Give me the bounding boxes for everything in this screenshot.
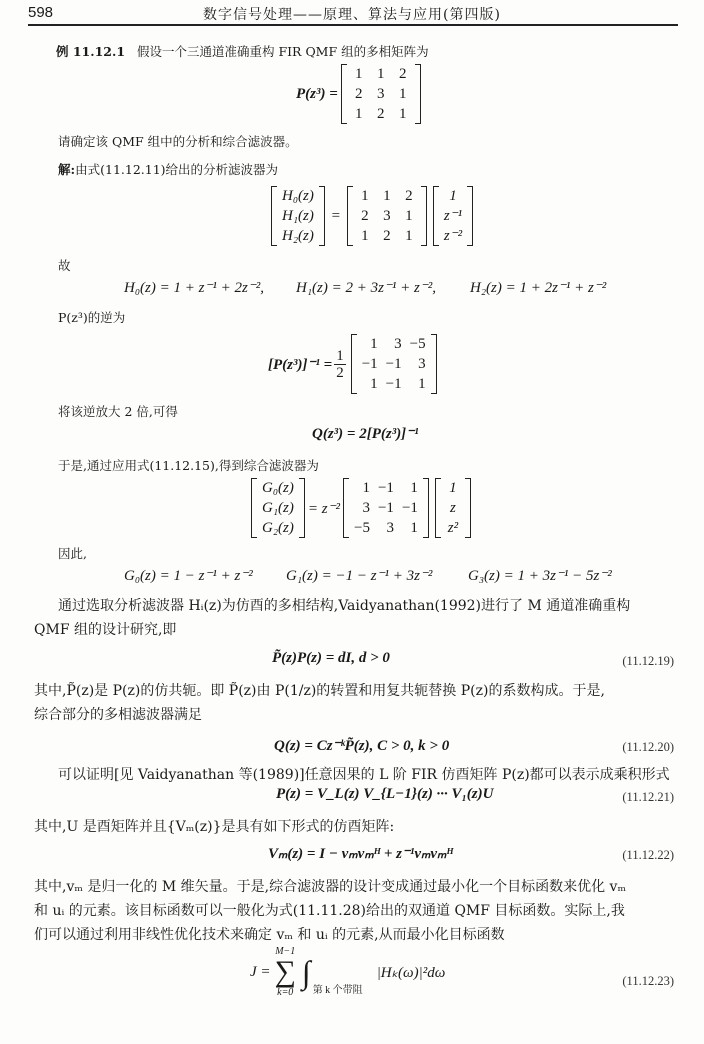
equation-number-20: (11.12.20) bbox=[622, 740, 674, 755]
paragraph-5-line-3: 们可以通过利用非线性优化技术来确定 vₘ 和 uᵢ 的元素,从而最小化目标函数 bbox=[34, 924, 505, 944]
solution-intro: 解:由式(11.12.11)给出的分析滤波器为 bbox=[58, 160, 278, 178]
matrix-inverse: 13−5 −1−13 1−11 bbox=[351, 334, 437, 394]
hence-label: 因此, bbox=[58, 544, 87, 562]
equation-G3: G₃(z) = 1 + 3z⁻¹ − 5z⁻² bbox=[468, 566, 612, 585]
equation-synthesis-filters: G₀(z) G₁(z) G₂(z) = z⁻² 1−11 3−1−1 −531 … bbox=[248, 478, 474, 538]
equation-number-21: (11.12.21) bbox=[622, 790, 674, 805]
paragraph-2-line-1: 其中,P̃(z)是 P(z)的仿共轭。即 P̃(z)由 P(1/z)的转置和用复… bbox=[34, 680, 605, 700]
summation-symbol: M−1 ∑ k=0 bbox=[275, 946, 296, 998]
matrix-H: 112 231 121 bbox=[347, 186, 427, 246]
integral-symbol: ∫ bbox=[302, 956, 311, 988]
equation-analysis-filters: H₀(z) H₁(z) H₂(z) = 112 231 121 1 z⁻¹ z⁻… bbox=[268, 186, 476, 246]
matrix-G: 1−11 3−1−1 −531 bbox=[343, 478, 429, 538]
synthesis-intro: 于是,通过应用式(11.12.15),得到综合滤波器为 bbox=[58, 456, 319, 474]
equation-11-12-21: P(z) = V_L(z) V_{L−1}(z) ··· V₁(z)U bbox=[276, 786, 493, 803]
example-question: 请确定该 QMF 组中的分析和综合滤波器。 bbox=[58, 132, 298, 150]
equation-G1: G₁(z) = −1 − z⁻¹ + 3z⁻² bbox=[286, 566, 432, 585]
example-label: 例 11.12.1 bbox=[56, 44, 125, 59]
vector-z-positive: 1 z z² bbox=[435, 478, 471, 538]
paragraph-3-line-1: 可以证明[见 Vaidyanathan 等(1989)]任意因果的 L 阶 FI… bbox=[58, 764, 670, 784]
header-rule bbox=[28, 24, 678, 26]
matrix-P: 112 231 121 bbox=[341, 64, 421, 124]
scale-intro: 将该逆放大 2 倍,可得 bbox=[58, 402, 178, 420]
equation-11-12-23: J = M−1 ∑ k=0 ∫ 第 k 个带阻 |Hₖ(ω)|²dω bbox=[250, 946, 445, 998]
equation-G0: G₀(z) = 1 − z⁻¹ + z⁻² bbox=[124, 566, 253, 585]
page-header: 598 数字信号处理——原理、算法与应用(第四版) bbox=[28, 2, 676, 32]
equation-11-12-22: Vₘ(z) = I − vₘvₘᴴ + z⁻¹vₘvₘᴴ bbox=[268, 844, 453, 863]
equation-number-23: (11.12.23) bbox=[622, 974, 674, 989]
paragraph-4: 其中,U 是酉矩阵并且{Vₘ(z)}是具有如下形式的仿酉矩阵: bbox=[34, 816, 394, 836]
equation-inverse: [P(z³)]⁻¹ = 12 13−5 −1−13 1−11 bbox=[268, 334, 440, 394]
vector-G: G₀(z) G₁(z) G₂(z) bbox=[251, 478, 305, 538]
equation-H1: H₁(z) = 2 + 3z⁻¹ + z⁻², bbox=[296, 278, 436, 297]
paragraph-2-line-2: 综合部分的多相滤波器满足 bbox=[34, 704, 202, 724]
equation-H0: H₀(z) = 1 + z⁻¹ + 2z⁻², bbox=[124, 278, 264, 297]
paragraph-5-line-1: 其中,vₘ 是归一化的 M 维矢量。于是,综合滤波器的设计变成通过最小化一个目标… bbox=[34, 876, 626, 896]
paragraph-1-line-2: QMF 组的设计研究,即 bbox=[34, 619, 176, 639]
fraction-half: 12 bbox=[334, 348, 346, 381]
paragraph-5-line-2: 和 uᵢ 的元素。该目标函数可以一般化为式(11.11.28)给出的双通道 QM… bbox=[34, 900, 625, 920]
running-title: 数字信号处理——原理、算法与应用(第四版) bbox=[28, 4, 676, 24]
example-statement: 例 11.12.1 假设一个三通道准确重构 FIR QMF 组的多相矩阵为 bbox=[56, 42, 429, 60]
paragraph-1-line-1: 通过选取分析滤波器 Hᵢ(z)为仿酉的多相结构,Vaidyanathan(199… bbox=[58, 595, 630, 615]
equation-number-19: (11.12.19) bbox=[622, 654, 674, 669]
equation-11-12-20: Q(z) = Cz⁻ᵏP̃(z), C > 0, k > 0 bbox=[274, 736, 449, 755]
vector-H: H₀(z) H₁(z) H₂(z) bbox=[271, 186, 325, 246]
equation-11-12-19: P̃(z)P(z) = dI, d > 0 bbox=[272, 650, 390, 667]
equation-H2: H₂(z) = 1 + 2z⁻¹ + z⁻² bbox=[470, 278, 606, 297]
equation-number-22: (11.12.22) bbox=[622, 848, 674, 863]
therefore-label: 故 bbox=[58, 256, 71, 274]
vector-z-negative: 1 z⁻¹ z⁻² bbox=[433, 186, 473, 246]
solution-label: 解: bbox=[58, 162, 75, 177]
equation-Q: Q(z³) = 2[P(z³)]⁻¹ bbox=[312, 424, 419, 443]
inverse-intro: P(z³)的逆为 bbox=[58, 308, 125, 326]
equation-P-matrix: P(z³) = 112 231 121 bbox=[296, 64, 424, 124]
